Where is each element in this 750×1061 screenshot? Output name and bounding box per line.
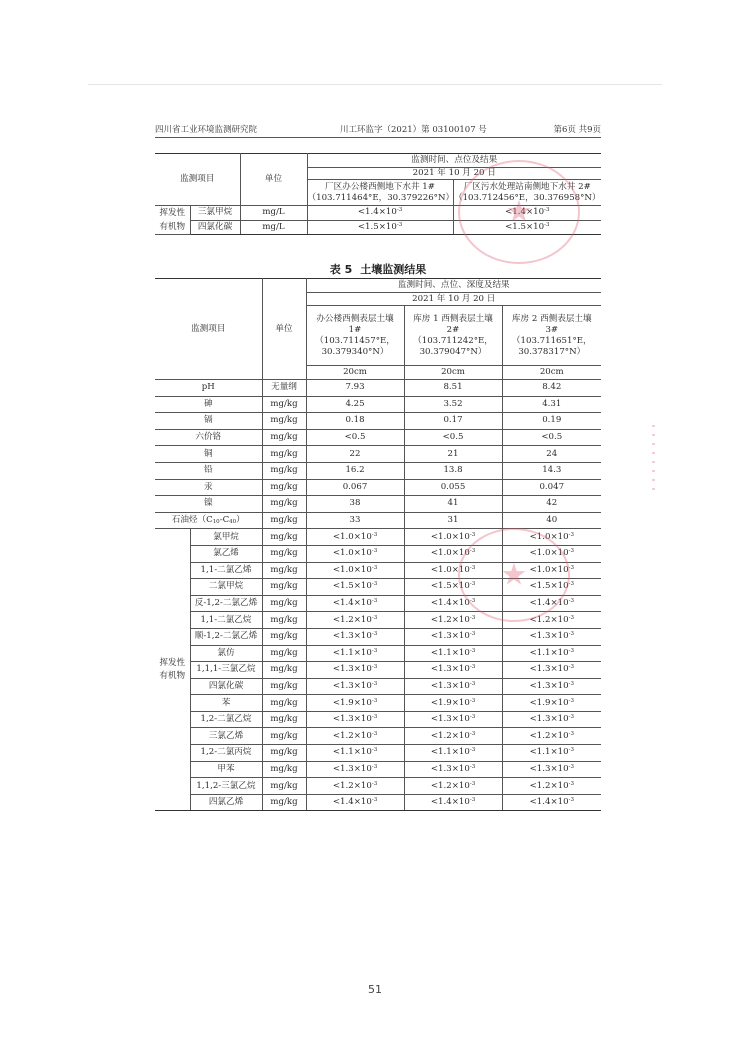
value: 4.25 [306, 396, 404, 413]
value-base: <1.9×10 [431, 698, 470, 708]
soil-results-table: 监测项目 单位 监测时间、点位、深度及结果 2021 年 10 月 20 日 办… [155, 278, 601, 811]
value-exp: -3 [470, 664, 475, 670]
item-name: 1,1,2-三氯乙烷 [190, 778, 262, 795]
value-base: <1.4×10 [530, 598, 569, 608]
unit: mg/kg [262, 462, 306, 479]
value: 0.19 [502, 413, 601, 430]
table-row: 挥发性有机物 三氯甲烷 mg/L <1.4×10-3 <1.4×10-3 [155, 206, 601, 221]
sampling-depth: 20cm [502, 366, 601, 380]
unit: mg/kg [262, 562, 306, 579]
value: 0.17 [404, 413, 502, 430]
value: <1.2×10-3 [404, 728, 502, 745]
table-row: 顺-1,2-二氯乙烯mg/kg<1.3×10-3<1.3×10-3<1.3×10… [155, 628, 601, 645]
item-name: 氯甲烷 [190, 529, 262, 546]
unit: mg/kg [262, 429, 306, 446]
value-exp: -3 [470, 781, 475, 787]
value: 40 [502, 512, 601, 529]
perforation-seal-marks [652, 425, 655, 495]
value: 16.2 [306, 462, 404, 479]
value-exp: -3 [372, 648, 377, 654]
header-page-info: 第6页 共9页 [553, 123, 601, 135]
unit: mg/L [240, 206, 307, 221]
value-exp: -3 [569, 714, 574, 720]
value: 0.067 [306, 479, 404, 496]
unit: mg/kg [262, 446, 306, 463]
value-base: <1.4×10 [431, 598, 470, 608]
value: <1.1×10-3 [404, 745, 502, 762]
item-name: 1,2-二氯乙烷 [190, 711, 262, 728]
value: <0.5 [306, 429, 404, 446]
unit: mg/kg [262, 678, 306, 695]
point-coords: （103.712456°E，30.376958°N） [454, 193, 602, 204]
value-base: <1.2×10 [530, 731, 569, 741]
col-header-results: 监测时间、点位、深度及结果 [306, 279, 601, 293]
tph-label-part: 石油烃（C [172, 515, 213, 525]
value: <1.0×10-3 [306, 529, 404, 546]
table-row: 二氯甲烷mg/kg<1.5×10-3<1.5×10-3<1.5×10-3 [155, 579, 601, 596]
table-row: 1,2-二氯乙烷mg/kg<1.3×10-3<1.3×10-3<1.3×10-3 [155, 711, 601, 728]
unit: mg/kg [262, 413, 306, 430]
item-name: 三氯乙烯 [190, 728, 262, 745]
value: <1.2×10-3 [502, 728, 601, 745]
value-base: <1.3×10 [333, 714, 372, 724]
unit: mg/kg [262, 612, 306, 629]
value-base: <1.3×10 [333, 681, 372, 691]
page-header: 四川省工业环境监测研究院 川工环监字（2021）第 03100107 号 第6页… [155, 123, 601, 137]
value-exp: -3 [569, 731, 574, 737]
value-base: <1.2×10 [530, 781, 569, 791]
value-exp: -3 [470, 548, 475, 554]
table-row: 挥发性有机物氯甲烷mg/kg<1.0×10-3<1.0×10-3<1.0×10-… [155, 529, 601, 546]
col-header-unit: 单位 [262, 279, 306, 380]
unit: mg/kg [262, 545, 306, 562]
value-base: <1.3×10 [530, 631, 569, 641]
value-exp: -3 [470, 698, 475, 704]
item-name: 反-1,2-二氯乙烯 [190, 595, 262, 612]
value-exp: -3 [372, 698, 377, 704]
value: 0.055 [404, 479, 502, 496]
value: <1.4×10-3 [453, 206, 601, 221]
value-base: <1.2×10 [431, 615, 470, 625]
value-base: <1.0×10 [530, 548, 569, 558]
value: <1.4×10-3 [404, 595, 502, 612]
value-exp: -3 [372, 631, 377, 637]
value-base: <1.0×10 [431, 548, 470, 558]
group-line: 有机物 [155, 670, 190, 683]
value-exp: -3 [372, 797, 377, 803]
item-name: 氯乙烯 [190, 545, 262, 562]
value-exp: -3 [372, 681, 377, 687]
value: <1.0×10-3 [306, 545, 404, 562]
value: <1.3×10-3 [404, 761, 502, 778]
value-base: <1.3×10 [431, 664, 470, 674]
item-name: 三氯甲烷 [190, 206, 240, 221]
value-base: <1.9×10 [333, 698, 372, 708]
table-row: 氯乙烯mg/kg<1.0×10-3<1.0×10-3<1.0×10-3 [155, 545, 601, 562]
value-exp: -3 [569, 698, 574, 704]
point-name: 厂区污水处理站南侧地下水井 2# [454, 182, 602, 193]
value-exp: -3 [372, 764, 377, 770]
table-row: 1,1,1-三氯乙烷mg/kg<1.3×10-3<1.3×10-3<1.3×10… [155, 662, 601, 679]
page-edge-rule [88, 84, 662, 85]
value: <1.3×10-3 [404, 662, 502, 679]
value-exp: -3 [470, 648, 475, 654]
value-exp: -3 [372, 731, 377, 737]
value-exp: -3 [470, 598, 475, 604]
point-coords-e: （103.711242°E， [405, 336, 502, 347]
unit: mg/kg [262, 479, 306, 496]
value: <0.5 [502, 429, 601, 446]
group-line: 有机物 [155, 220, 190, 234]
point-coords-n: 30.379340°N） [307, 347, 404, 358]
value: <1.0×10-3 [502, 562, 601, 579]
value: <1.3×10-3 [502, 678, 601, 695]
value-base: <1.3×10 [431, 714, 470, 724]
value-exp: -3 [470, 747, 475, 753]
table-row: 汞mg/kg0.0670.0550.047 [155, 479, 601, 496]
value-base: <1.0×10 [333, 565, 372, 575]
point-2-header: 厂区污水处理站南侧地下水井 2#（103.712456°E，30.376958°… [453, 180, 601, 206]
unit: mg/kg [262, 745, 306, 762]
value: <1.9×10-3 [306, 695, 404, 712]
table-row: 四氯化碳mg/kg<1.3×10-3<1.3×10-3<1.3×10-3 [155, 678, 601, 695]
groundwater-results-table: 监测项目 单位 监测时间、点位及结果 2021 年 10 月 20 日 厂区办公… [155, 153, 601, 235]
value: 21 [404, 446, 502, 463]
table-row: 1,2-二氯丙烷mg/kg<1.1×10-3<1.1×10-3<1.1×10-3 [155, 745, 601, 762]
item-name: 1,1-二氯乙烯 [190, 562, 262, 579]
value: <1.4×10-3 [306, 794, 404, 811]
value: <1.2×10-3 [502, 612, 601, 629]
value: 33 [306, 512, 404, 529]
value-base: <1.4×10 [530, 797, 569, 807]
table-row: pH无量纲7.938.518.42 [155, 380, 601, 397]
point-coords: （103.711464°E，30.379226°N） [308, 193, 453, 204]
value: 0.047 [502, 479, 601, 496]
value: 38 [306, 496, 404, 513]
item-name: 1,1,1-三氯乙烷 [190, 662, 262, 679]
value-base: <1.2×10 [333, 781, 372, 791]
value-exp: -3 [569, 631, 574, 637]
value: <1.3×10-3 [502, 761, 601, 778]
value: <0.5 [404, 429, 502, 446]
value: <1.3×10-3 [306, 678, 404, 695]
value: <1.0×10-3 [502, 545, 601, 562]
value-base: <1.1×10 [530, 648, 569, 658]
value: <1.4×10-3 [502, 595, 601, 612]
value: 22 [306, 446, 404, 463]
col-header-results: 监测时间、点位及结果 [307, 154, 601, 168]
value-exp: -3 [470, 581, 475, 587]
value: <1.0×10-3 [404, 529, 502, 546]
value: <1.1×10-3 [404, 645, 502, 662]
value: <1.4×10-3 [307, 206, 453, 221]
value: <1.4×10-3 [502, 794, 601, 811]
unit: mg/kg [262, 512, 306, 529]
value-base: <1.4×10 [505, 207, 544, 217]
value: 24 [502, 446, 601, 463]
point-2-header: 库房 1 西侧表层土壤2#（103.711242°E，30.379047°N） [404, 306, 502, 366]
col-header-item: 监测项目 [155, 279, 262, 380]
value-base: <1.3×10 [530, 664, 569, 674]
value: <1.0×10-3 [306, 562, 404, 579]
item-name: 四氯化碳 [190, 220, 240, 235]
unit: mg/kg [262, 496, 306, 513]
value-exp: -3 [569, 598, 574, 604]
table-row: 1,1-二氯乙烷mg/kg<1.2×10-3<1.2×10-3<1.2×10-3 [155, 612, 601, 629]
value-exp: -3 [470, 631, 475, 637]
value-exp: -3 [372, 664, 377, 670]
unit: 无量纲 [262, 380, 306, 397]
table-row: 苯mg/kg<1.9×10-3<1.9×10-3<1.9×10-3 [155, 695, 601, 712]
value-base: <1.1×10 [530, 747, 569, 757]
unit: mg/kg [262, 728, 306, 745]
value-exp: -3 [372, 714, 377, 720]
value-base: <1.3×10 [333, 631, 372, 641]
unit: mg/kg [262, 778, 306, 795]
value-base: <1.4×10 [431, 797, 470, 807]
value: <1.3×10-3 [404, 628, 502, 645]
sampling-depth: 20cm [306, 366, 404, 380]
value: <1.2×10-3 [306, 778, 404, 795]
value-base: <1.3×10 [431, 764, 470, 774]
value-base: <1.1×10 [431, 747, 470, 757]
table-row: 三氯乙烯mg/kg<1.2×10-3<1.2×10-3<1.2×10-3 [155, 728, 601, 745]
value: 42 [502, 496, 601, 513]
value: <1.1×10-3 [502, 645, 601, 662]
value: <1.4×10-3 [404, 794, 502, 811]
item-name: 砷 [155, 396, 262, 413]
item-name: 四氯乙烯 [190, 794, 262, 811]
unit: mg/kg [262, 579, 306, 596]
value-exp: -3 [569, 548, 574, 554]
value-exp: -3 [569, 648, 574, 654]
value: 41 [404, 496, 502, 513]
table-row: 1,1,2-三氯乙烷mg/kg<1.2×10-3<1.2×10-3<1.2×10… [155, 778, 601, 795]
unit: mg/kg [262, 595, 306, 612]
header-divider [155, 137, 601, 138]
value: <1.1×10-3 [502, 745, 601, 762]
table-row: 镉mg/kg0.180.170.19 [155, 413, 601, 430]
point-coords-n: 30.378317°N） [503, 347, 602, 358]
value-base: <1.0×10 [530, 565, 569, 575]
unit: mg/kg [262, 662, 306, 679]
value: 3.52 [404, 396, 502, 413]
item-name: 镉 [155, 413, 262, 430]
value: <1.0×10-3 [502, 529, 601, 546]
value-exp: -3 [372, 747, 377, 753]
value: <1.9×10-3 [404, 695, 502, 712]
value: <1.0×10-3 [404, 545, 502, 562]
value: <1.3×10-3 [306, 711, 404, 728]
table-row: 氯仿mg/kg<1.1×10-3<1.1×10-3<1.1×10-3 [155, 645, 601, 662]
table-row: 铅mg/kg16.213.814.3 [155, 462, 601, 479]
value-base: <1.3×10 [431, 681, 470, 691]
header-report-number: 川工环监字（2021）第 03100107 号 [340, 123, 487, 135]
item-name: 石油烃（C10-C40） [155, 512, 262, 529]
point-coords-e: （103.711457°E， [307, 336, 404, 347]
value-base: <1.3×10 [530, 764, 569, 774]
sampling-date: 2021 年 10 月 20 日 [307, 168, 601, 180]
value-base: <1.0×10 [333, 532, 372, 542]
value: <1.3×10-3 [404, 711, 502, 728]
sampling-depth: 20cm [404, 366, 502, 380]
item-name: 苯 [190, 695, 262, 712]
value: <1.1×10-3 [306, 745, 404, 762]
value: <1.5×10-3 [307, 220, 453, 235]
value-exp: -3 [470, 681, 475, 687]
item-name: 铜 [155, 446, 262, 463]
value-exp: -3 [470, 532, 475, 538]
table-row: 甲苯mg/kg<1.3×10-3<1.3×10-3<1.3×10-3 [155, 761, 601, 778]
value-exp: -3 [470, 714, 475, 720]
point-3-header: 库房 2 西侧表层土壤3#（103.711651°E，30.378317°N） [502, 306, 601, 366]
point-no: 2# [405, 325, 502, 336]
value-base: <1.5×10 [505, 222, 544, 232]
value-base: <1.5×10 [358, 222, 397, 232]
unit: mg/kg [262, 695, 306, 712]
unit: mg/kg [262, 628, 306, 645]
table-row: 反-1,2-二氯乙烯mg/kg<1.4×10-3<1.4×10-3<1.4×10… [155, 595, 601, 612]
value: <1.3×10-3 [306, 761, 404, 778]
value-base: <1.5×10 [333, 581, 372, 591]
value: <1.2×10-3 [404, 778, 502, 795]
header-institute: 四川省工业环境监测研究院 [155, 123, 257, 135]
value: 8.51 [404, 380, 502, 397]
table-row: 六价铬mg/kg<0.5<0.5<0.5 [155, 429, 601, 446]
value-base: <1.2×10 [333, 731, 372, 741]
table-row: 1,1-二氯乙烯mg/kg<1.0×10-3<1.0×10-3<1.0×10-3 [155, 562, 601, 579]
item-name: 六价铬 [155, 429, 262, 446]
value-base: <1.4×10 [333, 598, 372, 608]
point-no: 3# [503, 325, 602, 336]
value-exp: -3 [372, 781, 377, 787]
value-base: <1.1×10 [333, 747, 372, 757]
value-exp: -3 [569, 764, 574, 770]
value-base: <1.9×10 [530, 698, 569, 708]
value-exp: -3 [569, 781, 574, 787]
value-exp: -3 [470, 565, 475, 571]
value-base: <1.3×10 [333, 764, 372, 774]
tph-label-part: -C [220, 515, 229, 525]
group-label-voc: 挥发性有机物 [155, 529, 190, 811]
value: <1.2×10-3 [306, 728, 404, 745]
value-exp: -3 [544, 222, 549, 228]
value-base: <1.3×10 [431, 631, 470, 641]
point-name: 库房 2 西侧表层土壤 [503, 314, 602, 325]
item-name: 氯仿 [190, 645, 262, 662]
unit: mg/kg [262, 645, 306, 662]
value: <1.3×10-3 [502, 628, 601, 645]
value-exp: -3 [569, 615, 574, 621]
value-exp: -3 [372, 615, 377, 621]
value-base: <1.1×10 [431, 648, 470, 658]
value: <1.5×10-3 [306, 579, 404, 596]
col-header-unit: 单位 [240, 154, 307, 206]
value: <1.3×10-3 [306, 662, 404, 679]
value-base: <1.2×10 [530, 615, 569, 625]
value: <1.5×10-3 [453, 220, 601, 235]
point-coords-e: （103.711651°E， [503, 336, 602, 347]
value-base: <1.0×10 [431, 532, 470, 542]
table-row: 砷mg/kg4.253.524.31 [155, 396, 601, 413]
value-base: <1.0×10 [530, 532, 569, 542]
value-base: <1.2×10 [333, 615, 372, 625]
unit: mg/kg [262, 761, 306, 778]
value-base: <1.3×10 [530, 681, 569, 691]
table-row: 镍mg/kg384142 [155, 496, 601, 513]
value-exp: -3 [569, 797, 574, 803]
value-exp: -3 [372, 581, 377, 587]
value-exp: -3 [569, 681, 574, 687]
group-label-voc: 挥发性有机物 [155, 206, 190, 235]
value-exp: -3 [470, 764, 475, 770]
value-exp: -3 [569, 532, 574, 538]
value: <1.3×10-3 [404, 678, 502, 695]
unit: mg/kg [262, 794, 306, 811]
value-exp: -3 [397, 207, 402, 213]
value: 8.42 [502, 380, 601, 397]
value: <1.2×10-3 [404, 612, 502, 629]
item-name: 甲苯 [190, 761, 262, 778]
page-number: 51 [0, 983, 750, 996]
value-exp: -3 [470, 615, 475, 621]
item-name: 汞 [155, 479, 262, 496]
item-name: 1,1-二氯乙烷 [190, 612, 262, 629]
point-1-header: 厂区办公楼西侧地下水井 1#（103.711464°E，30.379226°N） [307, 180, 453, 206]
table-row: 石油烃（C10-C40）mg/kg333140 [155, 512, 601, 529]
value-exp: -3 [544, 207, 549, 213]
value-exp: -3 [372, 565, 377, 571]
item-name: 顺-1,2-二氯乙烯 [190, 628, 262, 645]
value: 14.3 [502, 462, 601, 479]
unit: mg/kg [262, 529, 306, 546]
value: <1.3×10-3 [306, 628, 404, 645]
value: <1.5×10-3 [404, 579, 502, 596]
value: <1.0×10-3 [404, 562, 502, 579]
table-row: 铜mg/kg222124 [155, 446, 601, 463]
point-name: 库房 1 西侧表层土壤 [405, 314, 502, 325]
item-name: pH [155, 380, 262, 397]
value-base: <1.3×10 [333, 664, 372, 674]
value: <1.3×10-3 [502, 662, 601, 679]
item-name: 1,2-二氯丙烷 [190, 745, 262, 762]
value: <1.4×10-3 [306, 595, 404, 612]
tph-label-part: 10 [213, 519, 220, 525]
value-base: <1.2×10 [431, 731, 470, 741]
group-line: 挥发性 [155, 206, 190, 220]
value-exp: -3 [569, 581, 574, 587]
value-base: <1.3×10 [530, 714, 569, 724]
value-exp: -3 [372, 598, 377, 604]
value: <1.9×10-3 [502, 695, 601, 712]
value: 4.31 [502, 396, 601, 413]
value: <1.3×10-3 [502, 711, 601, 728]
item-name: 镍 [155, 496, 262, 513]
point-name: 办公楼西侧表层土壤 [307, 314, 404, 325]
unit: mg/kg [262, 396, 306, 413]
value-base: <1.4×10 [333, 797, 372, 807]
value: 13.8 [404, 462, 502, 479]
col-header-item: 监测项目 [155, 154, 240, 206]
value-base: <1.2×10 [431, 781, 470, 791]
point-coords-n: 30.379047°N） [405, 347, 502, 358]
group-line: 挥发性 [155, 657, 190, 670]
table-5-title: 表 5土壤监测结果 [155, 261, 601, 277]
item-name: 铅 [155, 462, 262, 479]
value-base: <1.5×10 [530, 581, 569, 591]
value-exp: -3 [569, 664, 574, 670]
value: <1.1×10-3 [306, 645, 404, 662]
